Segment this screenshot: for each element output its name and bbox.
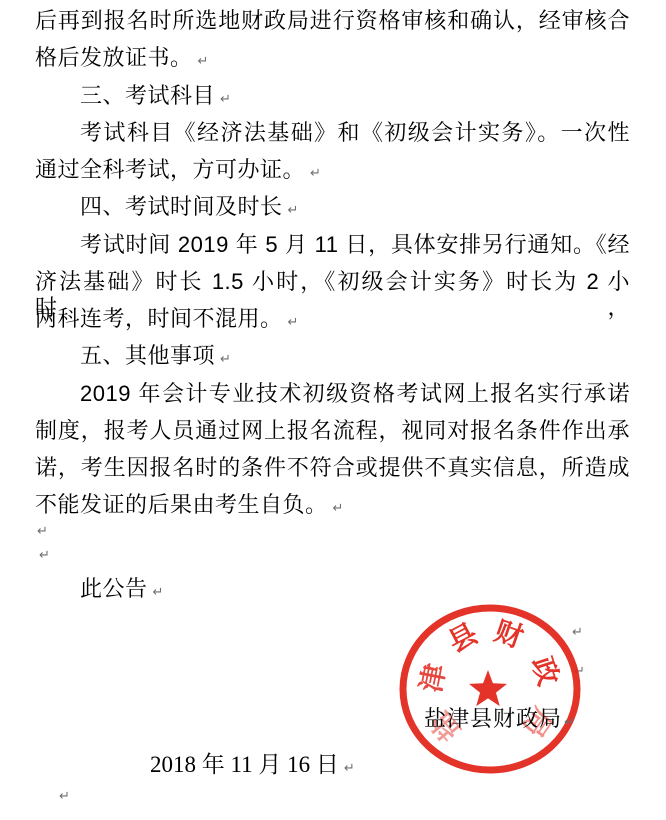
closing-text: 此公告: [80, 576, 148, 601]
body-line: 2019 年会计专业技术初级资格考试网上报名实行承诺: [35, 381, 630, 407]
body-line: 考试科目《经济法基础》和《初级会计实务》。一次性: [35, 120, 630, 146]
body-line-text: 两科连考，时间不混用。: [35, 306, 283, 331]
paragraph-mark-icon: ↵: [564, 715, 575, 730]
signature-agency: 盐津县财政局↵: [424, 702, 575, 733]
paragraph-mark-icon: ↵: [39, 548, 50, 563]
paragraph-mark-icon: ↵: [220, 92, 231, 107]
seal-character: 财: [491, 615, 528, 653]
section-heading: 四、考试时间及时长↵: [80, 194, 298, 224]
heading-text: 三、考试科目: [80, 83, 215, 108]
paragraph-mark-icon: ↵: [37, 524, 48, 539]
agency-name: 盐津县财政局: [424, 706, 562, 731]
section-heading: 五、其他事项↵: [80, 343, 231, 373]
signature-date: 2018 年 11 月 16 日↵: [150, 746, 355, 779]
seal-character: 津: [415, 660, 451, 694]
body-line: 格后发放证书。↵: [35, 45, 208, 75]
body-line: 通过全科考试，方可办证。↵: [35, 157, 321, 187]
seal-character: 政: [526, 653, 564, 689]
body-line-text: 格后发放证书。: [35, 45, 193, 70]
paragraph-mark-icon: ↵: [153, 585, 164, 600]
body-line: 不能发证的后果由考生自负。↵: [35, 492, 343, 522]
paragraph-mark-icon: ↵: [59, 789, 70, 804]
heading-text: 四、考试时间及时长: [80, 194, 283, 219]
star-icon: [469, 670, 507, 706]
paragraph-mark-icon: ↵: [344, 761, 355, 776]
paragraph-mark-icon: ↵: [333, 501, 344, 516]
paragraph-mark-icon: ↵: [310, 166, 321, 181]
body-line: 诺，考生因报名时的条件不符合或提供不真实信息，所造成: [35, 455, 630, 481]
official-seal: 盐 津 县 财 政 局: [396, 602, 584, 776]
body-line: 考试时间 2019 年 5 月 11 日，具体安排另行通知。《经: [35, 232, 630, 258]
paragraph-mark-icon: ↵: [288, 203, 299, 218]
heading-text: 五、其他事项: [80, 343, 215, 368]
date-text: 2018 年 11 月 16 日: [150, 752, 339, 777]
body-line-text: 不能发证的后果由考生自负。: [35, 492, 328, 517]
body-line-text: 通过全科考试，方可办证。: [35, 157, 305, 182]
body-line: 制度，报考人员通过网上报名流程，视同对报名条件作出承: [35, 418, 630, 444]
body-line: 两科连考，时间不混用。↵: [35, 306, 298, 336]
closing-line: 此公告↵: [80, 576, 163, 606]
document-page: 后再到报名时所选地财政局进行资格审核和确认，经审核合 格后发放证书。↵ 三、考试…: [0, 0, 666, 820]
paragraph-mark-icon: ↵: [220, 352, 231, 367]
seal-character: 县: [443, 618, 482, 659]
body-line: 后再到报名时所选地财政局进行资格审核和确认，经审核合: [35, 8, 630, 34]
section-heading: 三、考试科目↵: [80, 83, 231, 113]
paragraph-mark-icon: ↵: [288, 315, 299, 330]
paragraph-mark-icon: ↵: [198, 54, 209, 69]
